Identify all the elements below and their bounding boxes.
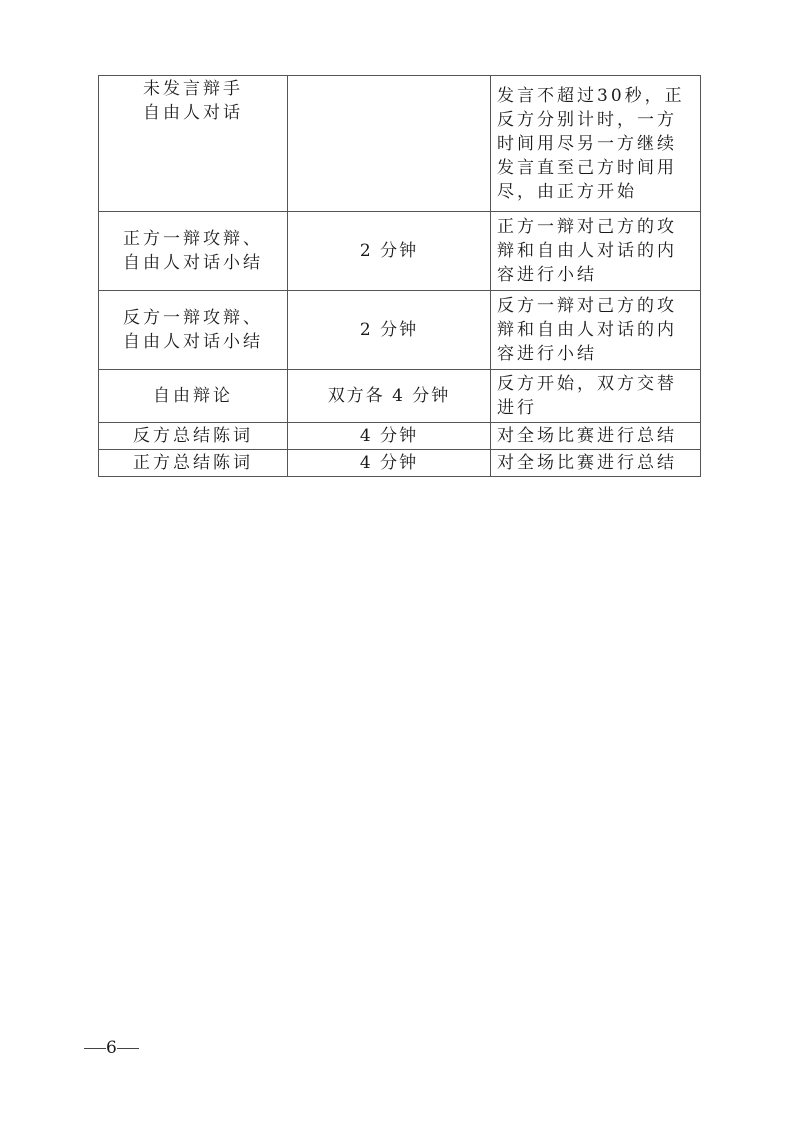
stage-text: 自由辩论 (105, 384, 281, 408)
stage-text: 未发言辩手 (105, 77, 281, 101)
stage-text: 反方总结陈词 (105, 424, 281, 448)
note-text: 对全场比赛进行总结 (497, 451, 694, 475)
time-cell: 4 分钟 (288, 423, 491, 450)
note-cell: 对全场比赛进行总结 (491, 423, 701, 450)
stage-text: 自由人对话 (105, 101, 281, 125)
debate-schedule-table: 未发言辩手 自由人对话 发言不超过30秒，正 反方分别计时，一方 时间用尽另一方… (98, 75, 701, 477)
note-text: 对全场比赛进行总结 (497, 424, 694, 448)
stage-cell: 未发言辩手 自由人对话 (99, 76, 288, 212)
page-number: 6 (84, 1038, 139, 1058)
note-cell: 正方一辩对己方的攻 辩和自由人对话的内 容进行小结 (491, 212, 701, 291)
time-cell: 双方各 4 分钟 (288, 370, 491, 423)
table-row: 反方总结陈词 4 分钟 对全场比赛进行总结 (99, 423, 701, 450)
time-cell: 2 分钟 (288, 291, 491, 370)
note-text: 正方一辩对己方的攻 (497, 215, 694, 239)
page-number-text: 6 (106, 1038, 117, 1058)
note-text: 容进行小结 (497, 263, 694, 287)
note-text: 尽，由正方开始 (497, 180, 694, 204)
table-row: 反方一辩攻辩、 自由人对话小结 2 分钟 反方一辩对己方的攻 辩和自由人对话的内… (99, 291, 701, 370)
note-text: 辩和自由人对话的内 (497, 239, 694, 263)
stage-cell: 正方一辩攻辩、 自由人对话小结 (99, 212, 288, 291)
note-cell: 反方开始，双方交替 进行 (491, 370, 701, 423)
time-cell: 2 分钟 (288, 212, 491, 291)
note-text: 发言不超过30秒，正 (497, 84, 694, 108)
note-text: 进行 (497, 396, 694, 420)
stage-text: 自由人对话小结 (105, 251, 281, 275)
table-row: 正方总结陈词 4 分钟 对全场比赛进行总结 (99, 450, 701, 477)
dash-right (117, 1048, 139, 1049)
time-cell (288, 76, 491, 212)
note-cell: 对全场比赛进行总结 (491, 450, 701, 477)
note-text: 发言直至己方时间用 (497, 156, 694, 180)
note-text: 辩和自由人对话的内 (497, 318, 694, 342)
table-row: 未发言辩手 自由人对话 发言不超过30秒，正 反方分别计时，一方 时间用尽另一方… (99, 76, 701, 212)
stage-text: 正方一辩攻辩、 (105, 227, 281, 251)
dash-left (84, 1048, 106, 1049)
table-row: 正方一辩攻辩、 自由人对话小结 2 分钟 正方一辩对己方的攻 辩和自由人对话的内… (99, 212, 701, 291)
note-text: 容进行小结 (497, 342, 694, 366)
time-cell: 4 分钟 (288, 450, 491, 477)
note-text: 反方开始，双方交替 (497, 372, 694, 396)
stage-text: 自由人对话小结 (105, 330, 281, 354)
table-row: 自由辩论 双方各 4 分钟 反方开始，双方交替 进行 (99, 370, 701, 423)
note-cell: 反方一辩对己方的攻 辩和自由人对话的内 容进行小结 (491, 291, 701, 370)
note-text: 时间用尽另一方继续 (497, 132, 694, 156)
note-text: 反方分别计时，一方 (497, 108, 694, 132)
note-text: 反方一辩对己方的攻 (497, 294, 694, 318)
stage-cell: 自由辩论 (99, 370, 288, 423)
stage-cell: 反方总结陈词 (99, 423, 288, 450)
stage-cell: 正方总结陈词 (99, 450, 288, 477)
stage-text: 正方总结陈词 (105, 451, 281, 475)
stage-text: 反方一辩攻辩、 (105, 306, 281, 330)
note-cell: 发言不超过30秒，正 反方分别计时，一方 时间用尽另一方继续 发言直至己方时间用… (491, 76, 701, 212)
stage-cell: 反方一辩攻辩、 自由人对话小结 (99, 291, 288, 370)
